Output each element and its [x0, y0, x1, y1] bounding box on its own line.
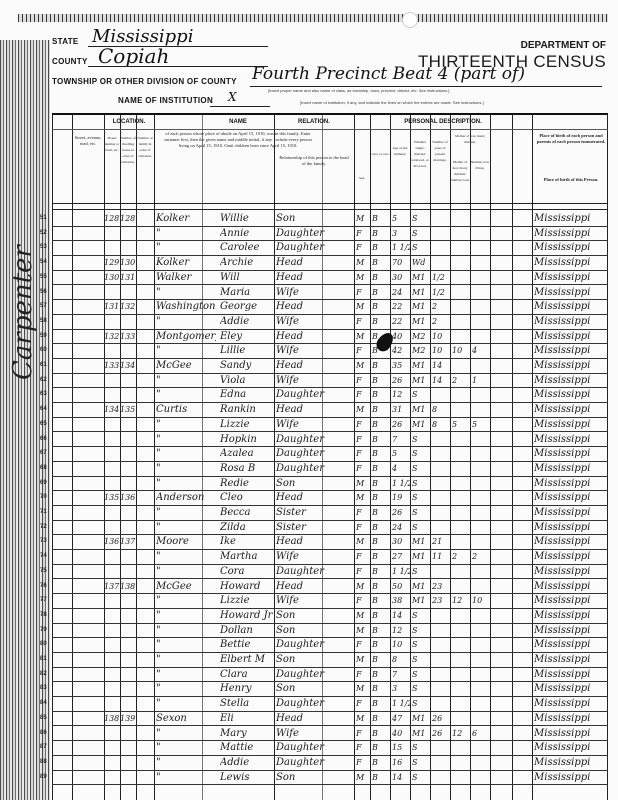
cell-marital: S: [412, 637, 430, 652]
cell-born: [452, 402, 470, 417]
cell-race: B: [372, 255, 390, 270]
institution-label: NAME OF INSTITUTION: [118, 96, 213, 105]
cell-living: [472, 520, 490, 535]
cell-born: [452, 755, 470, 770]
cell-sex: F: [356, 667, 370, 682]
cell-race: B: [372, 711, 390, 726]
line-number: 87: [40, 744, 47, 750]
cell-marital: M1: [412, 534, 430, 549]
table-row: 78"Howard JrSonMB14SMississippi: [52, 608, 608, 624]
cell-dwelling: [104, 637, 120, 652]
cell-age: 16: [392, 755, 410, 770]
cell-marital: Wd: [412, 255, 430, 270]
cell-born: [452, 446, 470, 461]
cell-sex: F: [356, 314, 370, 329]
cell-marital: S: [412, 446, 430, 461]
cell-sex: F: [356, 726, 370, 741]
cell-sex: M: [356, 623, 370, 638]
cell-birthplace: Mississippi: [534, 770, 608, 785]
cell-relation: Daughter: [276, 564, 354, 579]
line-number: 54: [40, 259, 47, 265]
cell-years: 10: [432, 343, 450, 358]
table-row: 77"LizzieWifeFB38M1231210Mississippi: [52, 593, 608, 609]
cell-dwelling: [104, 549, 120, 564]
table-row: 60"LillieWifeFB42M210104Mississippi: [52, 343, 608, 359]
cell-surname: Walker: [156, 270, 216, 285]
cell-marital: M1: [412, 314, 430, 329]
cell-age: 30: [392, 534, 410, 549]
cell-surname: ": [156, 461, 216, 476]
cell-dwelling: [104, 505, 120, 520]
cell-family: [120, 387, 138, 402]
cell-given: Hopkin: [220, 432, 274, 447]
cell-given: Rankin: [220, 402, 274, 417]
cell-living: [472, 402, 490, 417]
cell-sex: M: [356, 534, 370, 549]
cell-surname: ": [156, 314, 216, 329]
cell-given: Eli: [220, 711, 274, 726]
cell-family: [120, 623, 138, 638]
cell-marital: S: [412, 696, 430, 711]
cell-born: [452, 520, 470, 535]
cell-years: 1/2: [432, 270, 450, 285]
cell-given: Henry: [220, 681, 274, 696]
cell-relation: Son: [276, 652, 354, 667]
cell-born: [452, 329, 470, 344]
table-row: 74"MarthaWifeFB27M11122Mississippi: [52, 549, 608, 565]
cell-surname: ": [156, 432, 216, 447]
cell-given: Lizzie: [220, 417, 274, 432]
cell-relation: Wife: [276, 285, 354, 300]
cell-race: B: [372, 314, 390, 329]
cell-sex: F: [356, 461, 370, 476]
cell-age: 14: [392, 608, 410, 623]
cell-given: Rosa B: [220, 461, 274, 476]
line-number: 66: [40, 436, 47, 442]
cell-living: 6: [472, 726, 490, 741]
cell-age: 19: [392, 490, 410, 505]
cell-given: Cora: [220, 564, 274, 579]
line-number: 79: [40, 627, 47, 633]
location-sub-house: House number or farm, etc.: [104, 135, 120, 153]
cell-race: B: [372, 387, 390, 402]
cell-born: [452, 652, 470, 667]
years-married-header: Number of years of present marriage.: [430, 139, 450, 163]
cell-living: [472, 564, 490, 579]
cell-living: [472, 255, 490, 270]
department-heading: DEPARTMENT OF: [521, 40, 606, 51]
cell-dwelling: [104, 755, 120, 770]
cell-relation: Sister: [276, 505, 354, 520]
cell-surname: ": [156, 343, 216, 358]
cell-surname: ": [156, 608, 216, 623]
cell-years: 10: [432, 329, 450, 344]
cell-given: George: [220, 299, 274, 314]
cell-surname: ": [156, 593, 216, 608]
cell-given: Lizzie: [220, 593, 274, 608]
line-number: 80: [40, 641, 47, 647]
cell-marital: M1: [412, 726, 430, 741]
cell-relation: Wife: [276, 549, 354, 564]
cell-surname: Anderson: [156, 490, 216, 505]
table-row: 63"EdnaDaughterFB12SMississippi: [52, 387, 608, 403]
cell-years: 8: [432, 417, 450, 432]
cell-dwelling: [104, 240, 120, 255]
cell-given: Zilda: [220, 520, 274, 535]
cell-family: 131: [120, 270, 138, 285]
cell-living: [472, 358, 490, 373]
census-title: THIRTEENTH CENSUS: [418, 52, 606, 72]
cell-relation: Wife: [276, 593, 354, 608]
cell-race: B: [372, 461, 390, 476]
cell-surname: ": [156, 226, 216, 241]
table-row: 84"StellaDaughterFB1 1/2SMississippi: [52, 696, 608, 712]
cell-birthplace: Mississippi: [534, 299, 608, 314]
cell-family: [120, 505, 138, 520]
cell-relation: Wife: [276, 726, 354, 741]
cell-race: B: [372, 285, 390, 300]
cell-dwelling: 136: [104, 534, 120, 549]
cell-marital: S: [412, 211, 430, 226]
cell-sex: M: [356, 402, 370, 417]
cell-born: [452, 770, 470, 785]
line-number: 58: [40, 318, 47, 324]
cell-family: [120, 446, 138, 461]
cell-born: [452, 358, 470, 373]
cell-born: [452, 314, 470, 329]
county-label: COUNTY: [52, 57, 88, 66]
cell-birthplace: Mississippi: [534, 726, 608, 741]
table-row: 57131132WashingtonGeorgeHeadMB22M12Missi…: [52, 299, 608, 315]
cell-birthplace: Mississippi: [534, 490, 608, 505]
cell-family: [120, 681, 138, 696]
table-row: 89"LewisSonMB14SMississippi: [52, 770, 608, 786]
cell-dwelling: 133: [104, 358, 120, 373]
cell-sex: F: [356, 564, 370, 579]
line-number: 55: [40, 274, 47, 280]
cell-age: 40: [392, 726, 410, 741]
cell-sex: M: [356, 329, 370, 344]
cell-dwelling: [104, 770, 120, 785]
cell-living: [472, 652, 490, 667]
cell-marital: S: [412, 226, 430, 241]
cell-given: Redie: [220, 476, 274, 491]
cell-family: [120, 696, 138, 711]
cell-given: Maria: [220, 285, 274, 300]
cell-sex: M: [356, 490, 370, 505]
cell-birthplace: Mississippi: [534, 564, 608, 579]
cell-dwelling: [104, 314, 120, 329]
cell-race: B: [372, 579, 390, 594]
cell-living: [472, 226, 490, 241]
cell-age: 3: [392, 226, 410, 241]
cell-years: 23: [432, 593, 450, 608]
cell-surname: ": [156, 770, 216, 785]
cell-dwelling: [104, 726, 120, 741]
cell-surname: McGee: [156, 358, 216, 373]
cell-surname: ": [156, 505, 216, 520]
cell-dwelling: 129: [104, 255, 120, 270]
cell-marital: S: [412, 490, 430, 505]
cell-born: 2: [452, 373, 470, 388]
cell-born: [452, 696, 470, 711]
cell-birthplace: Mississippi: [534, 402, 608, 417]
line-number: 75: [40, 568, 47, 574]
cell-birthplace: Mississippi: [534, 226, 608, 241]
cell-dwelling: [104, 667, 120, 682]
cell-race: B: [372, 755, 390, 770]
cell-living: [472, 696, 490, 711]
cell-surname: ": [156, 373, 216, 388]
line-number: 61: [40, 362, 47, 368]
line-number: 53: [40, 244, 47, 250]
cell-relation: Daughter: [276, 755, 354, 770]
cell-living: [472, 490, 490, 505]
cell-surname: McGee: [156, 579, 216, 594]
cell-race: B: [372, 476, 390, 491]
cell-born: [452, 490, 470, 505]
cell-dwelling: 130: [104, 270, 120, 285]
cell-dwelling: 131: [104, 299, 120, 314]
cell-birthplace: Mississippi: [534, 637, 608, 652]
table-row: 54129130KolkerArchieHeadMB70WdMississipp…: [52, 255, 608, 271]
cell-age: 30: [392, 270, 410, 285]
cell-marital: M1: [412, 711, 430, 726]
cell-race: B: [372, 402, 390, 417]
table-row: 87"MattieDaughterFB15SMississippi: [52, 740, 608, 756]
cell-marital: S: [412, 667, 430, 682]
cell-race: B: [372, 534, 390, 549]
table-row: 81"Elbert MSonMB8SMississippi: [52, 652, 608, 668]
line-number: 68: [40, 465, 47, 471]
cell-sex: F: [356, 373, 370, 388]
cell-relation: Wife: [276, 343, 354, 358]
cell-marital: S: [412, 564, 430, 579]
township-rule: [250, 86, 602, 87]
cell-age: 1 1/2: [392, 564, 410, 579]
cell-family: 135: [120, 402, 138, 417]
cell-marital: S: [412, 770, 430, 785]
top-border: [18, 14, 608, 22]
cell-born: [452, 667, 470, 682]
cell-age: 7: [392, 667, 410, 682]
location-sub-street: Street, avenue, road, etc.: [72, 135, 104, 147]
cell-birthplace: Mississippi: [534, 432, 608, 447]
cell-surname: Kolker: [156, 255, 216, 270]
cell-sex: M: [356, 681, 370, 696]
line-number: 85: [40, 715, 47, 721]
race-header: Color or race.: [370, 151, 390, 157]
cell-relation: Head: [276, 329, 354, 344]
cell-relation: Son: [276, 681, 354, 696]
cell-born: [452, 637, 470, 652]
table-row: 71"BeccaSisterFB26SMississippi: [52, 505, 608, 521]
cell-sex: F: [356, 432, 370, 447]
cell-surname: ": [156, 417, 216, 432]
institution-value: X: [228, 90, 237, 104]
cell-living: [472, 623, 490, 638]
cell-dwelling: [104, 446, 120, 461]
cell-family: [120, 667, 138, 682]
cell-age: 40: [392, 329, 410, 344]
cell-birthplace: Mississippi: [534, 270, 608, 285]
cell-sex: F: [356, 417, 370, 432]
cell-birthplace: Mississippi: [534, 520, 608, 535]
table-row: 80"BettieDaughterFB10SMississippi: [52, 637, 608, 653]
table-row: 82"ClaraDaughterFB7SMississippi: [52, 667, 608, 683]
cell-born: [452, 608, 470, 623]
cell-years: [432, 432, 450, 447]
cell-age: 12: [392, 623, 410, 638]
table-row: 53"CaroleeDaughterFB1 1/2SMississippi: [52, 240, 608, 256]
cell-marital: S: [412, 476, 430, 491]
cell-family: 133: [120, 329, 138, 344]
cell-living: [472, 270, 490, 285]
cell-given: Ike: [220, 534, 274, 549]
line-number: 83: [40, 685, 47, 691]
cell-relation: Head: [276, 490, 354, 505]
birthplace-header: Place of birth of each person and parent…: [536, 133, 606, 145]
cell-birthplace: Mississippi: [534, 711, 608, 726]
cell-family: [120, 520, 138, 535]
line-number: 81: [40, 656, 47, 662]
cell-race: B: [372, 358, 390, 373]
cell-dwelling: 128: [104, 211, 120, 226]
cell-surname: ": [156, 740, 216, 755]
cell-years: [432, 240, 450, 255]
census-page: STATE Mississippi COUNTY Copiah TOWNSHIP…: [0, 0, 618, 800]
line-number: 84: [40, 700, 47, 706]
cell-dwelling: [104, 608, 120, 623]
cell-given: Addie: [220, 314, 274, 329]
line-number: 64: [40, 406, 47, 412]
cell-given: Carolee: [220, 240, 274, 255]
cell-marital: M1: [412, 358, 430, 373]
township-label: TOWNSHIP OR OTHER DIVISION OF COUNTY: [52, 77, 237, 86]
cell-dwelling: [104, 564, 120, 579]
cell-dwelling: [104, 285, 120, 300]
cell-given: Howard Jr: [220, 608, 274, 623]
cell-birthplace: Mississippi: [534, 696, 608, 711]
cell-family: [120, 343, 138, 358]
cell-sex: F: [356, 740, 370, 755]
cell-dwelling: [104, 681, 120, 696]
cell-dwelling: [104, 476, 120, 491]
cell-surname: ": [156, 549, 216, 564]
cell-given: Clara: [220, 667, 274, 682]
cell-family: [120, 314, 138, 329]
cell-relation: Head: [276, 299, 354, 314]
cell-marital: S: [412, 740, 430, 755]
cell-sex: F: [356, 520, 370, 535]
cell-born: 12: [452, 726, 470, 741]
location-sub-dwelling: Number of dwelling house in order of vis…: [120, 135, 136, 165]
cell-race: B: [372, 726, 390, 741]
cell-relation: Head: [276, 579, 354, 594]
location-header: LOCATION.: [104, 119, 154, 125]
cell-living: [472, 711, 490, 726]
cell-sex: F: [356, 505, 370, 520]
cell-relation: Daughter: [276, 461, 354, 476]
cell-given: Dollan: [220, 623, 274, 638]
cell-birthplace: Mississippi: [534, 681, 608, 696]
cell-marital: M1: [412, 417, 430, 432]
cell-age: 31: [392, 402, 410, 417]
cell-years: [432, 505, 450, 520]
cell-dwelling: 134: [104, 402, 120, 417]
cell-family: [120, 226, 138, 241]
children-header: Mother of how many children.: [450, 133, 490, 145]
cell-sex: F: [356, 240, 370, 255]
table-row: 67"AzaleaDaughterFB5SMississippi: [52, 446, 608, 462]
cell-surname: ": [156, 681, 216, 696]
cell-birthplace: Mississippi: [534, 593, 608, 608]
cell-sex: F: [356, 593, 370, 608]
cell-race: B: [372, 299, 390, 314]
cell-given: Addie: [220, 755, 274, 770]
cell-dwelling: [104, 652, 120, 667]
cell-family: 136: [120, 490, 138, 505]
cell-given: Will: [220, 270, 274, 285]
cell-race: B: [372, 608, 390, 623]
cell-family: [120, 432, 138, 447]
cell-given: Sandy: [220, 358, 274, 373]
cell-birthplace: Mississippi: [534, 387, 608, 402]
cell-race: B: [372, 240, 390, 255]
cell-marital: M1: [412, 285, 430, 300]
cell-family: [120, 637, 138, 652]
birthplace-person-header: Place of birth of this Person.: [536, 177, 606, 183]
table-row: 79"DollanSonMB12SMississippi: [52, 623, 608, 639]
cell-family: [120, 373, 138, 388]
cell-relation: Daughter: [276, 637, 354, 652]
cell-birthplace: Mississippi: [534, 461, 608, 476]
cell-dwelling: [104, 387, 120, 402]
cell-relation: Wife: [276, 373, 354, 388]
cell-age: 1 1/2: [392, 696, 410, 711]
cell-family: [120, 652, 138, 667]
cell-birthplace: Mississippi: [534, 505, 608, 520]
cell-age: 1 1/2: [392, 240, 410, 255]
cell-age: 47: [392, 711, 410, 726]
cell-family: 132: [120, 299, 138, 314]
cell-sex: F: [356, 549, 370, 564]
cell-born: [452, 387, 470, 402]
table-row: 51128128KolkerWillieSonMB5SMississippi: [52, 211, 608, 227]
cell-born: [452, 476, 470, 491]
cell-surname: ": [156, 696, 216, 711]
children-born-header: Mother of how many children: Number born…: [450, 159, 470, 183]
cell-years: [432, 255, 450, 270]
cell-dwelling: 137: [104, 579, 120, 594]
cell-given: Elbert M: [220, 652, 274, 667]
cell-surname: ": [156, 667, 216, 682]
cell-born: 5: [452, 417, 470, 432]
cell-born: [452, 270, 470, 285]
cell-race: B: [372, 490, 390, 505]
line-number: 78: [40, 612, 47, 618]
cell-born: [452, 534, 470, 549]
cell-given: Willie: [220, 211, 274, 226]
cell-dwelling: [104, 432, 120, 447]
cell-marital: M1: [412, 402, 430, 417]
institution-note: [Insert name of institution, if any, and…: [300, 100, 484, 105]
line-number: 73: [40, 538, 47, 544]
cell-relation: Son: [276, 211, 354, 226]
cell-living: [472, 608, 490, 623]
table-row: 59132133MontgomeryEleyHeadMB40M210Missis…: [52, 329, 608, 345]
cell-given: Archie: [220, 255, 274, 270]
